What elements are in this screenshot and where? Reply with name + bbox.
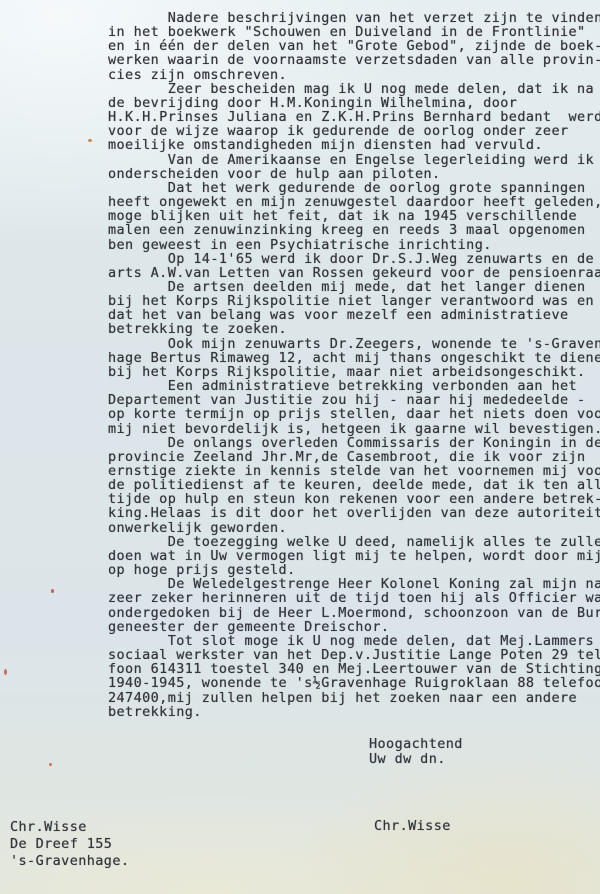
text-line: H.K.H.Prinses Juliana en Z.K.H.Prins Ber… (108, 110, 600, 124)
text-line: ben geweest in een Psychiatrische inrich… (108, 238, 600, 252)
text-line: voor de wijze waarop ik gedurende de oor… (108, 124, 600, 138)
text-line: cies zijn omschreven. (108, 68, 600, 82)
text-line: De onlangs overleden Commissaris der Kon… (108, 436, 600, 450)
text-line: sociaal werkster van het Dep.v.Justitie … (108, 648, 600, 662)
text-line: betrekking te zoeken. (108, 322, 600, 336)
letter-page: Nadere beschrijvingen van het verzet zij… (0, 0, 600, 894)
text-line: Tot slot moge ik U nog mede delen, dat M… (108, 634, 600, 648)
text-line: tijde op hulp en steun kon rekenen voor … (108, 492, 600, 506)
paper-speck (88, 139, 92, 142)
text-line: De toezegging welke U deed, namelijk all… (108, 535, 600, 549)
text-line: Op 14-1'65 werd ik door Dr.S.J.Weg zenuw… (108, 252, 600, 266)
text-line: Nadere beschrijvingen van het verzet zij… (108, 11, 600, 25)
text-line: Chr.Wisse (10, 819, 129, 836)
text-line: Ook mijn zenuwarts Dr.Zeegers, wonende t… (108, 337, 600, 351)
text-line: Dat het werk gedurende de oorlog grote s… (108, 181, 600, 195)
signature-name: Chr.Wisse (374, 819, 451, 833)
text-line: 247400,mij zullen helpen bij het zoeken … (108, 691, 600, 705)
text-line: ondergedoken bij de Heer L.Moermond, sch… (108, 606, 600, 620)
paper-speck (4, 669, 7, 675)
text-line: zeer zeker herinneren uit de tijd toen h… (108, 591, 600, 605)
text-line: Hoogachtend (369, 737, 463, 752)
text-line: De artsen deelden mij mede, dat het lang… (108, 280, 600, 294)
text-line: 1940-1945, wonende te 's½Gravenhage Ruig… (108, 676, 600, 690)
text-line: provincie Zeeland Jhr.Mr,de Casembroot, … (108, 450, 600, 464)
text-line: mij niet bevordelijk is, hetgeen ik gaar… (108, 422, 600, 436)
text-line: de bevrijding door H.M.Koningin Wilhelmi… (108, 96, 600, 110)
text-line: arts A.W.van Letten van Rossen gekeurd v… (108, 266, 600, 280)
text-line: de politiedienst af te keuren, deelde me… (108, 478, 600, 492)
text-line: heeft ongewekt en mijn zenuwgestel daard… (108, 195, 600, 209)
letter-body-text: Nadere beschrijvingen van het verzet zij… (108, 11, 600, 719)
text-line: De Dreef 155 (10, 836, 129, 853)
text-line: moeilijke omstandigheden mijn diensten h… (108, 138, 600, 152)
sender-address-block: Chr.WisseDe Dreef 155's-Gravenhage. (10, 819, 129, 870)
text-line: malen een zenuwinzinking kreeg en reeds … (108, 223, 600, 237)
text-line: Zeer bescheiden mag ik U nog mede delen,… (108, 82, 600, 96)
text-line: Departement van Justitie zou hij - naar … (108, 393, 600, 407)
text-line: bij het Korps Rijkspolitie, maar niet ar… (108, 365, 600, 379)
paper-speck (51, 589, 54, 593)
text-line: doen wat in Uw vermogen ligt mij te help… (108, 549, 600, 563)
text-line: De Weledelgestrenge Heer Kolonel Koning … (108, 577, 600, 591)
text-line: betrekking. (108, 705, 600, 719)
text-line: ernstige ziekte in kennis stelde van het… (108, 464, 600, 478)
text-line: hage Bertus Rimaweg 12, acht mij thans o… (108, 351, 600, 365)
text-line: onderscheiden voor de hulp aan piloten. (108, 167, 600, 181)
text-line: op korte termijn op prijs stellen, daar … (108, 407, 600, 421)
text-line: moge blijken uit het feit, dat ik na 194… (108, 209, 600, 223)
text-line: king.Helaas is dit door het overlijden v… (108, 506, 600, 520)
text-line: en in één der delen van het "Grote Gebod… (108, 39, 600, 53)
text-line: bij het Korps Rijkspolitie niet langer v… (108, 294, 600, 308)
text-line: Uw dw dn. (369, 752, 463, 767)
text-line: werken waarin de voornaamste verzetsdade… (108, 53, 600, 67)
text-line: 's-Gravenhage. (10, 853, 129, 870)
paper-speck (49, 763, 52, 766)
text-line: geneester der gemeente Dreischor. (108, 620, 600, 634)
text-line: Een administratieve betrekking verbonden… (108, 379, 600, 393)
text-line: onwerkelijk geworden. (108, 521, 600, 535)
text-line: Van de Amerikaanse en Engelse legerleidi… (108, 153, 600, 167)
text-line: op hoge prijs gesteld. (108, 563, 600, 577)
closing-salutation: HoogachtendUw dw dn. (369, 737, 463, 767)
text-line: dat het van belang was voor mezelf een a… (108, 308, 600, 322)
